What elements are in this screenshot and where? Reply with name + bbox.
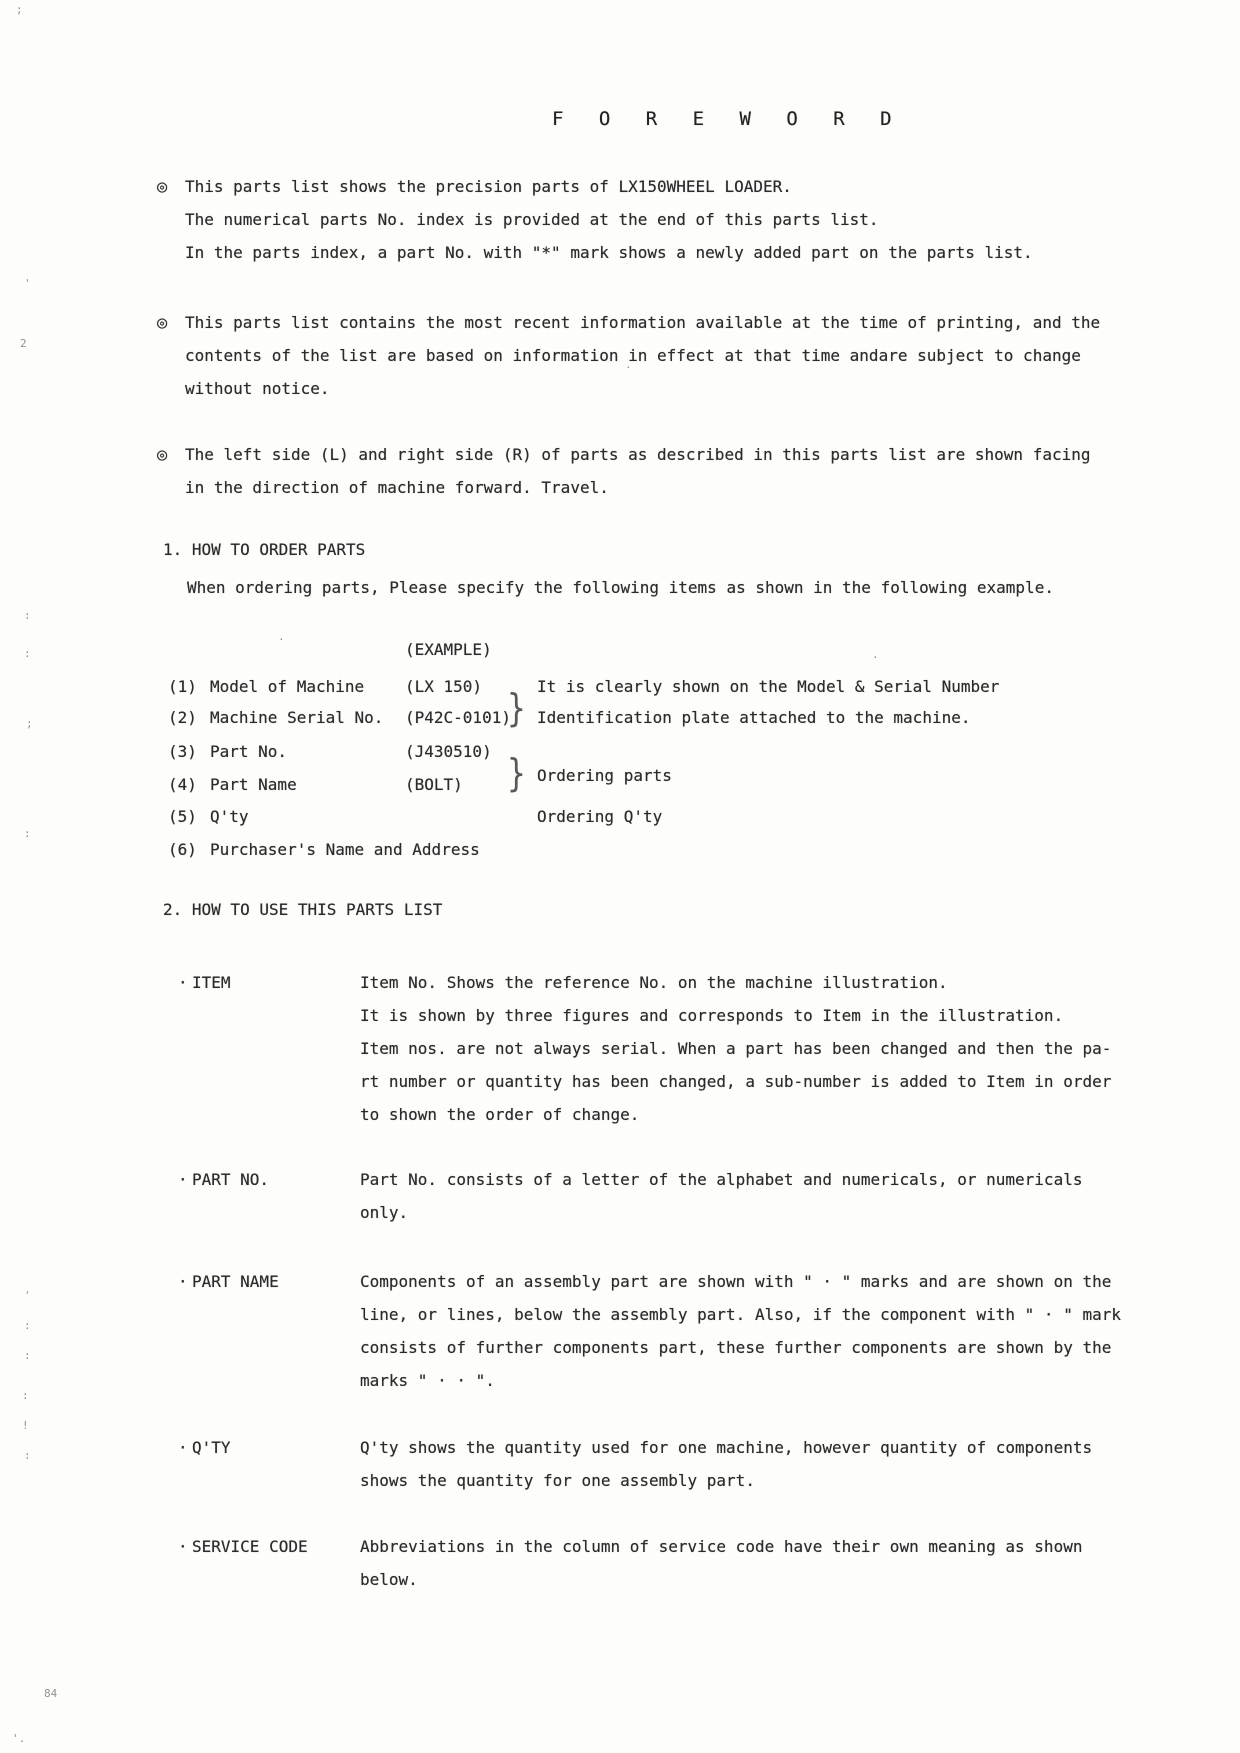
scan-noise-mark: :	[24, 1450, 31, 1461]
text-line: to shown the order of change.	[360, 1098, 1160, 1131]
term-label: ITEM	[192, 966, 231, 999]
page-title: F O R E W O R D	[552, 108, 904, 130]
scan-noise-mark: '.	[12, 1733, 25, 1744]
annotation-ordering-qty: Ordering Q'ty	[537, 806, 662, 828]
scan-noise-mark: ·	[388, 352, 395, 363]
scan-noise-mark: :	[24, 648, 31, 659]
annotation-plate-line-2: Identification plate attached to the mac…	[537, 707, 970, 729]
text-line: only.	[360, 1196, 1160, 1229]
text-line: This parts list contains the most recent…	[185, 306, 1150, 339]
foreword-bullet-3: ◎ The left side (L) and right side (R) o…	[157, 438, 1150, 504]
text-line: shows the quantity for one assembly part…	[360, 1464, 1160, 1497]
scan-noise-mark: 2	[20, 338, 27, 349]
scan-noise-mark: 84	[44, 1688, 57, 1699]
term-bullet-dot: ·	[178, 1163, 188, 1196]
item-label: Part No.	[210, 741, 287, 763]
text-line: Components of an assembly part are shown…	[360, 1265, 1160, 1298]
text-line: Item No. Shows the reference No. on the …	[360, 966, 1160, 999]
document-page: F O R E W O R D ◎ This parts list shows …	[0, 0, 1240, 1753]
text-line: contents of the list are based on inform…	[185, 339, 1150, 372]
foreword-bullet-1: ◎ This parts list shows the precision pa…	[157, 170, 1150, 269]
item-value: (BOLT)	[405, 774, 463, 796]
text-line: This parts list shows the precision part…	[185, 170, 1150, 203]
item-label: Part Name	[210, 774, 297, 796]
term-label: Q'TY	[192, 1431, 231, 1464]
text-line: The left side (L) and right side (R) of …	[185, 438, 1150, 471]
double-circle-bullet-icon: ◎	[157, 445, 167, 465]
term-label: SERVICE CODE	[192, 1530, 308, 1563]
item-number: (2)	[168, 707, 197, 729]
section-heading-how-to-order: 1. HOW TO ORDER PARTS	[163, 539, 365, 561]
text-line: marks " · · ".	[360, 1364, 1160, 1397]
text-line: without notice.	[185, 372, 1150, 405]
text-line: Part No. consists of a letter of the alp…	[360, 1163, 1160, 1196]
glossary-entry-item: · ITEM Item No. Shows the reference No. …	[178, 966, 1160, 1131]
scan-noise-mark: ·	[872, 652, 879, 663]
bullet-text: The left side (L) and right side (R) of …	[185, 438, 1150, 504]
foreword-bullet-2: ◎ This parts list contains the most rece…	[157, 306, 1150, 405]
glossary-entry-part-no: · PART NO. Part No. consists of a letter…	[178, 1163, 1160, 1229]
text-line: Item nos. are not always serial. When a …	[360, 1032, 1160, 1065]
scan-noise-mark: :	[24, 610, 31, 621]
term-bullet-dot: ·	[178, 1530, 188, 1563]
entry-description: Part No. consists of a letter of the alp…	[360, 1163, 1160, 1229]
item-number: (4)	[168, 774, 197, 796]
text-line: rt number or quantity has been changed, …	[360, 1065, 1160, 1098]
item-number: (3)	[168, 741, 197, 763]
term-label: PART NAME	[192, 1265, 279, 1298]
entry-description: Components of an assembly part are shown…	[360, 1265, 1160, 1397]
scan-noise-mark: '	[24, 1290, 31, 1301]
scan-noise-mark: '	[24, 278, 31, 289]
entry-description: Q'ty shows the quantity used for one mac…	[360, 1431, 1160, 1497]
double-circle-bullet-icon: ◎	[157, 177, 167, 197]
item-number: (5)	[168, 806, 197, 828]
scan-noise-mark: :	[24, 828, 31, 839]
item-value: (P42C-0101)	[405, 707, 511, 729]
text-line: Abbreviations in the column of service c…	[360, 1530, 1160, 1563]
item-number: (1)	[168, 676, 197, 698]
scan-noise-mark: :	[22, 1390, 29, 1401]
text-line: The numerical parts No. index is provide…	[185, 203, 1150, 236]
bullet-text: This parts list shows the precision part…	[185, 170, 1150, 269]
scan-noise-mark: !	[22, 1420, 29, 1431]
scan-noise-mark: :	[24, 1350, 31, 1361]
text-line: It is shown by three figures and corresp…	[360, 999, 1160, 1032]
section-heading-how-to-use: 2. HOW TO USE THIS PARTS LIST	[163, 899, 442, 921]
scan-noise-mark: ;	[26, 718, 33, 729]
term-bullet-dot: ·	[178, 966, 188, 999]
annotation-ordering-parts: Ordering parts	[537, 765, 672, 787]
item-value: (J430510)	[405, 741, 492, 763]
annotation-plate-line-1: It is clearly shown on the Model & Seria…	[537, 676, 999, 698]
bullet-text: This parts list contains the most recent…	[185, 306, 1150, 405]
text-line: below.	[360, 1563, 1160, 1596]
entry-description: Item No. Shows the reference No. on the …	[360, 966, 1160, 1131]
glossary-entry-part-name: · PART NAME Components of an assembly pa…	[178, 1265, 1160, 1397]
order-item-row-3: (3) Part No. (J430510)	[0, 741, 1240, 763]
scan-noise-mark: ;	[16, 4, 23, 15]
section1-intro-line: When ordering parts, Please specify the …	[187, 577, 1054, 599]
brace-glyph-plate: }	[507, 688, 525, 728]
term-bullet-dot: ·	[178, 1265, 188, 1298]
text-line: line, or lines, below the assembly part.…	[360, 1298, 1160, 1331]
item-label: Machine Serial No.	[210, 707, 383, 729]
double-circle-bullet-icon: ◎	[157, 313, 167, 333]
scan-noise-mark: ·	[625, 362, 632, 373]
term-label: PART NO.	[192, 1163, 269, 1196]
entry-description: Abbreviations in the column of service c…	[360, 1530, 1160, 1596]
item-number: (6)	[168, 839, 197, 861]
term-bullet-dot: ·	[178, 1431, 188, 1464]
text-line: consists of further components part, the…	[360, 1331, 1160, 1364]
example-label: (EXAMPLE)	[405, 639, 492, 661]
item-value: (LX 150)	[405, 676, 482, 698]
text-line: In the parts index, a part No. with "*" …	[185, 236, 1150, 269]
glossary-entry-qty: · Q'TY Q'ty shows the quantity used for …	[178, 1431, 1160, 1497]
glossary-entry-service-code: · SERVICE CODE Abbreviations in the colu…	[178, 1530, 1160, 1596]
scan-noise-mark: ·	[278, 634, 285, 645]
order-item-row-6: (6) Purchaser's Name and Address	[0, 839, 1240, 861]
text-line: in the direction of machine forward. Tra…	[185, 471, 1150, 504]
text-line: Q'ty shows the quantity used for one mac…	[360, 1431, 1160, 1464]
brace-glyph-ordering: }	[507, 753, 525, 793]
item-label: Purchaser's Name and Address	[210, 839, 480, 861]
item-label: Q'ty	[210, 806, 249, 828]
item-label: Model of Machine	[210, 676, 364, 698]
scan-noise-mark: :	[24, 1320, 31, 1331]
